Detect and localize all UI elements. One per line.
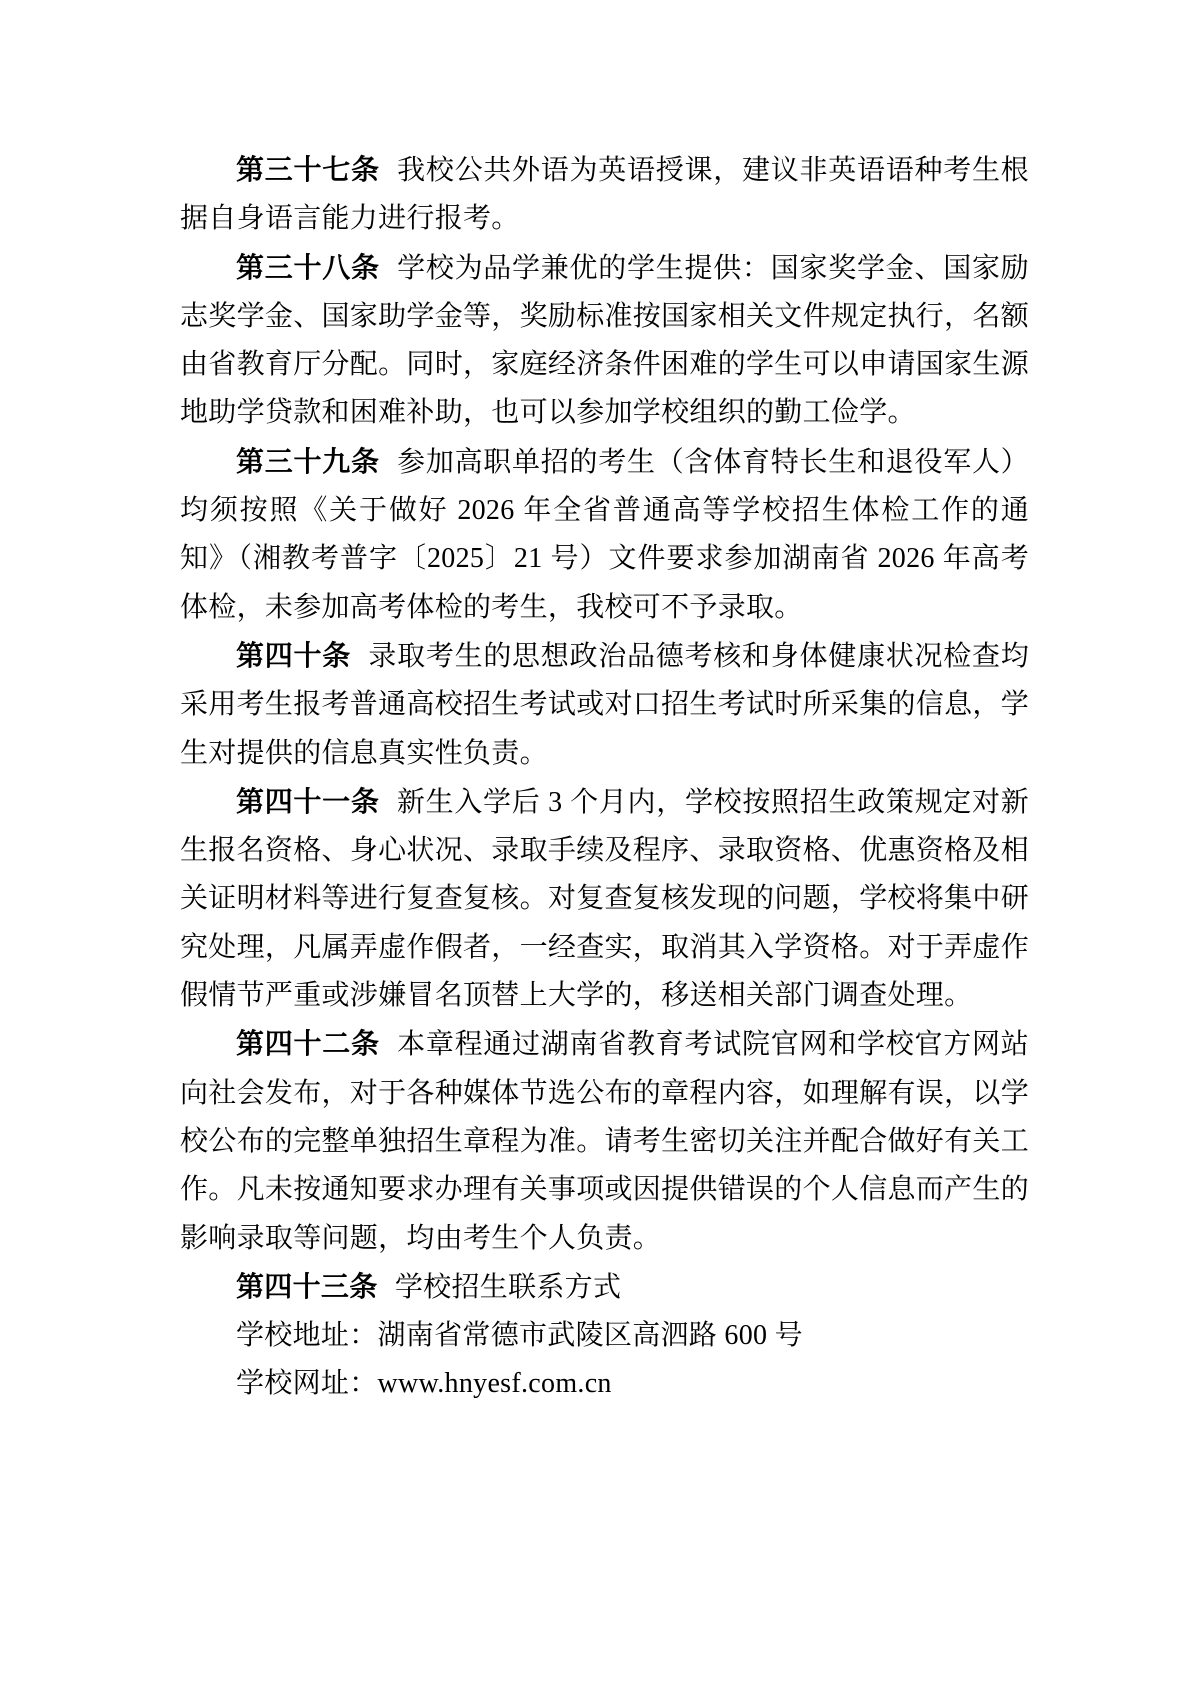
article-40-number: 第四十条 <box>236 640 351 671</box>
article-42-text: 本章程通过湖南省教育考试院官网和学校官方网站向社会发布，对于各种媒体节选公布的章… <box>180 1029 1029 1253</box>
article-41-paragraph: 第四十一条新生入学后 3 个月内，学校按照招生政策规定对新生报名资格、身心状况、… <box>180 778 1029 1020</box>
article-38-number: 第三十八条 <box>236 252 380 283</box>
article-43-paragraph: 第四十三条学校招生联系方式 <box>180 1263 1029 1312</box>
school-address-line: 学校地址：湖南省常德市武陵区高泗路 600 号 <box>180 1312 1029 1360</box>
article-43-text: 学校招生联系方式 <box>395 1272 621 1303</box>
article-39-paragraph: 第三十九条参加高职单招的考生（含体育特长生和退役军人）均须按照《关于做好 202… <box>180 438 1029 632</box>
article-38-paragraph: 第三十八条学校为品学兼优的学生提供：国家奖学金、国家励志奖学金、国家助学金等，奖… <box>180 244 1029 438</box>
article-40-paragraph: 第四十条录取考生的思想政治品德考核和身体健康状况检查均采用考生报考普通高校招生考… <box>180 632 1029 778</box>
article-43-number: 第四十三条 <box>236 1271 378 1302</box>
article-42-number: 第四十二条 <box>236 1028 380 1059</box>
school-website-line: 学校网址：www.hnyesf.com.cn <box>180 1360 1029 1408</box>
article-37-number: 第三十七条 <box>236 154 380 185</box>
article-41-text: 新生入学后 3 个月内，学校按照招生政策规定对新生报名资格、身心状况、录取手续及… <box>180 787 1029 1011</box>
article-42-paragraph: 第四十二条本章程通过湖南省教育考试院官网和学校官方网站向社会发布，对于各种媒体节… <box>180 1020 1029 1262</box>
document-page: 第三十七条我校公共外语为英语授课，建议非英语语种考生根据自身语言能力进行报考。 … <box>0 0 1191 1684</box>
article-39-number: 第三十九条 <box>236 446 380 477</box>
article-37-paragraph: 第三十七条我校公共外语为英语授课，建议非英语语种考生根据自身语言能力进行报考。 <box>180 146 1029 244</box>
article-41-number: 第四十一条 <box>236 786 380 817</box>
